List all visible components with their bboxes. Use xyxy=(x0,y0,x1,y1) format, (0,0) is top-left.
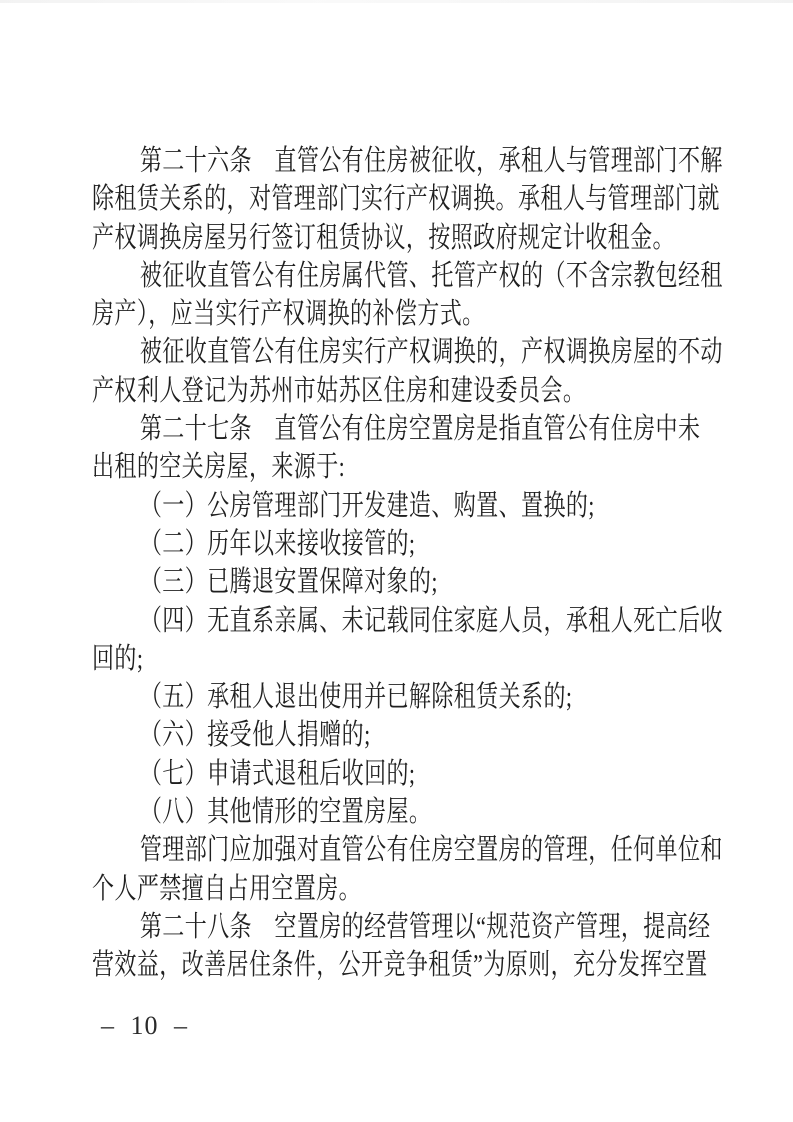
text-line: 回的; xyxy=(92,640,717,678)
text-line: （七）申请式退租后收回的; xyxy=(92,755,717,793)
text-line: （二）历年以来接收接管的; xyxy=(92,525,717,563)
text-line: 产权利人登记为苏州市姑苏区住房和建设委员会。 xyxy=(92,372,717,410)
text-line: （一）公房管理部门开发建造、购置、置换的; xyxy=(92,487,717,525)
text-line: 除租赁关系的，对管理部门实行产权调换。承租人与管理部门就 xyxy=(92,180,717,218)
text-line: （五）承租人退出使用并已解除租赁关系的; xyxy=(92,678,717,716)
text-line: 管理部门应加强对直管公有住房空置房的管理，任何单位和 xyxy=(92,831,717,869)
page-number: – 10 – xyxy=(101,1011,188,1041)
text-line: 第二十六条 直管公有住房被征收，承租人与管理部门不解 xyxy=(92,142,717,180)
text-line: 营效益，改善居住条件，公开竞争租赁”为原则，充分发挥空置 xyxy=(92,946,717,984)
document-body: 第二十六条 直管公有住房被征收，承租人与管理部门不解除租赁关系的，对管理部门实行… xyxy=(92,142,717,985)
text-line: 被征收直管公有住房实行产权调换的，产权调换房屋的不动 xyxy=(92,333,717,371)
text-line: 出租的空关房屋，来源于: xyxy=(92,448,717,486)
text-line: 第二十七条 直管公有住房空置房是指直管公有住房中未 xyxy=(92,410,717,448)
text-line: 房产），应当实行产权调换的补偿方式。 xyxy=(92,295,717,333)
text-line: 个人严禁擅自占用空置房。 xyxy=(92,870,717,908)
text-line: （四）无直系亲属、未记载同住家庭人员，承租人死亡后收 xyxy=(92,602,717,640)
text-line: 被征收直管公有住房属代管、托管产权的（不含宗教包经租 xyxy=(92,257,717,295)
document-page: 第二十六条 直管公有住房被征收，承租人与管理部门不解除租赁关系的，对管理部门实行… xyxy=(0,0,793,1122)
text-line: （八）其他情形的空置房屋。 xyxy=(92,793,717,831)
text-line: 第二十八条 空置房的经营管理以“规范资产管理，提高经 xyxy=(92,908,717,946)
scan-edge-artifact xyxy=(0,0,793,3)
text-line: （三）已腾退安置保障对象的; xyxy=(92,563,717,601)
text-line: 产权调换房屋另行签订租赁协议，按照政府规定计收租金。 xyxy=(92,219,717,257)
text-line: （六）接受他人捐赠的; xyxy=(92,716,717,754)
